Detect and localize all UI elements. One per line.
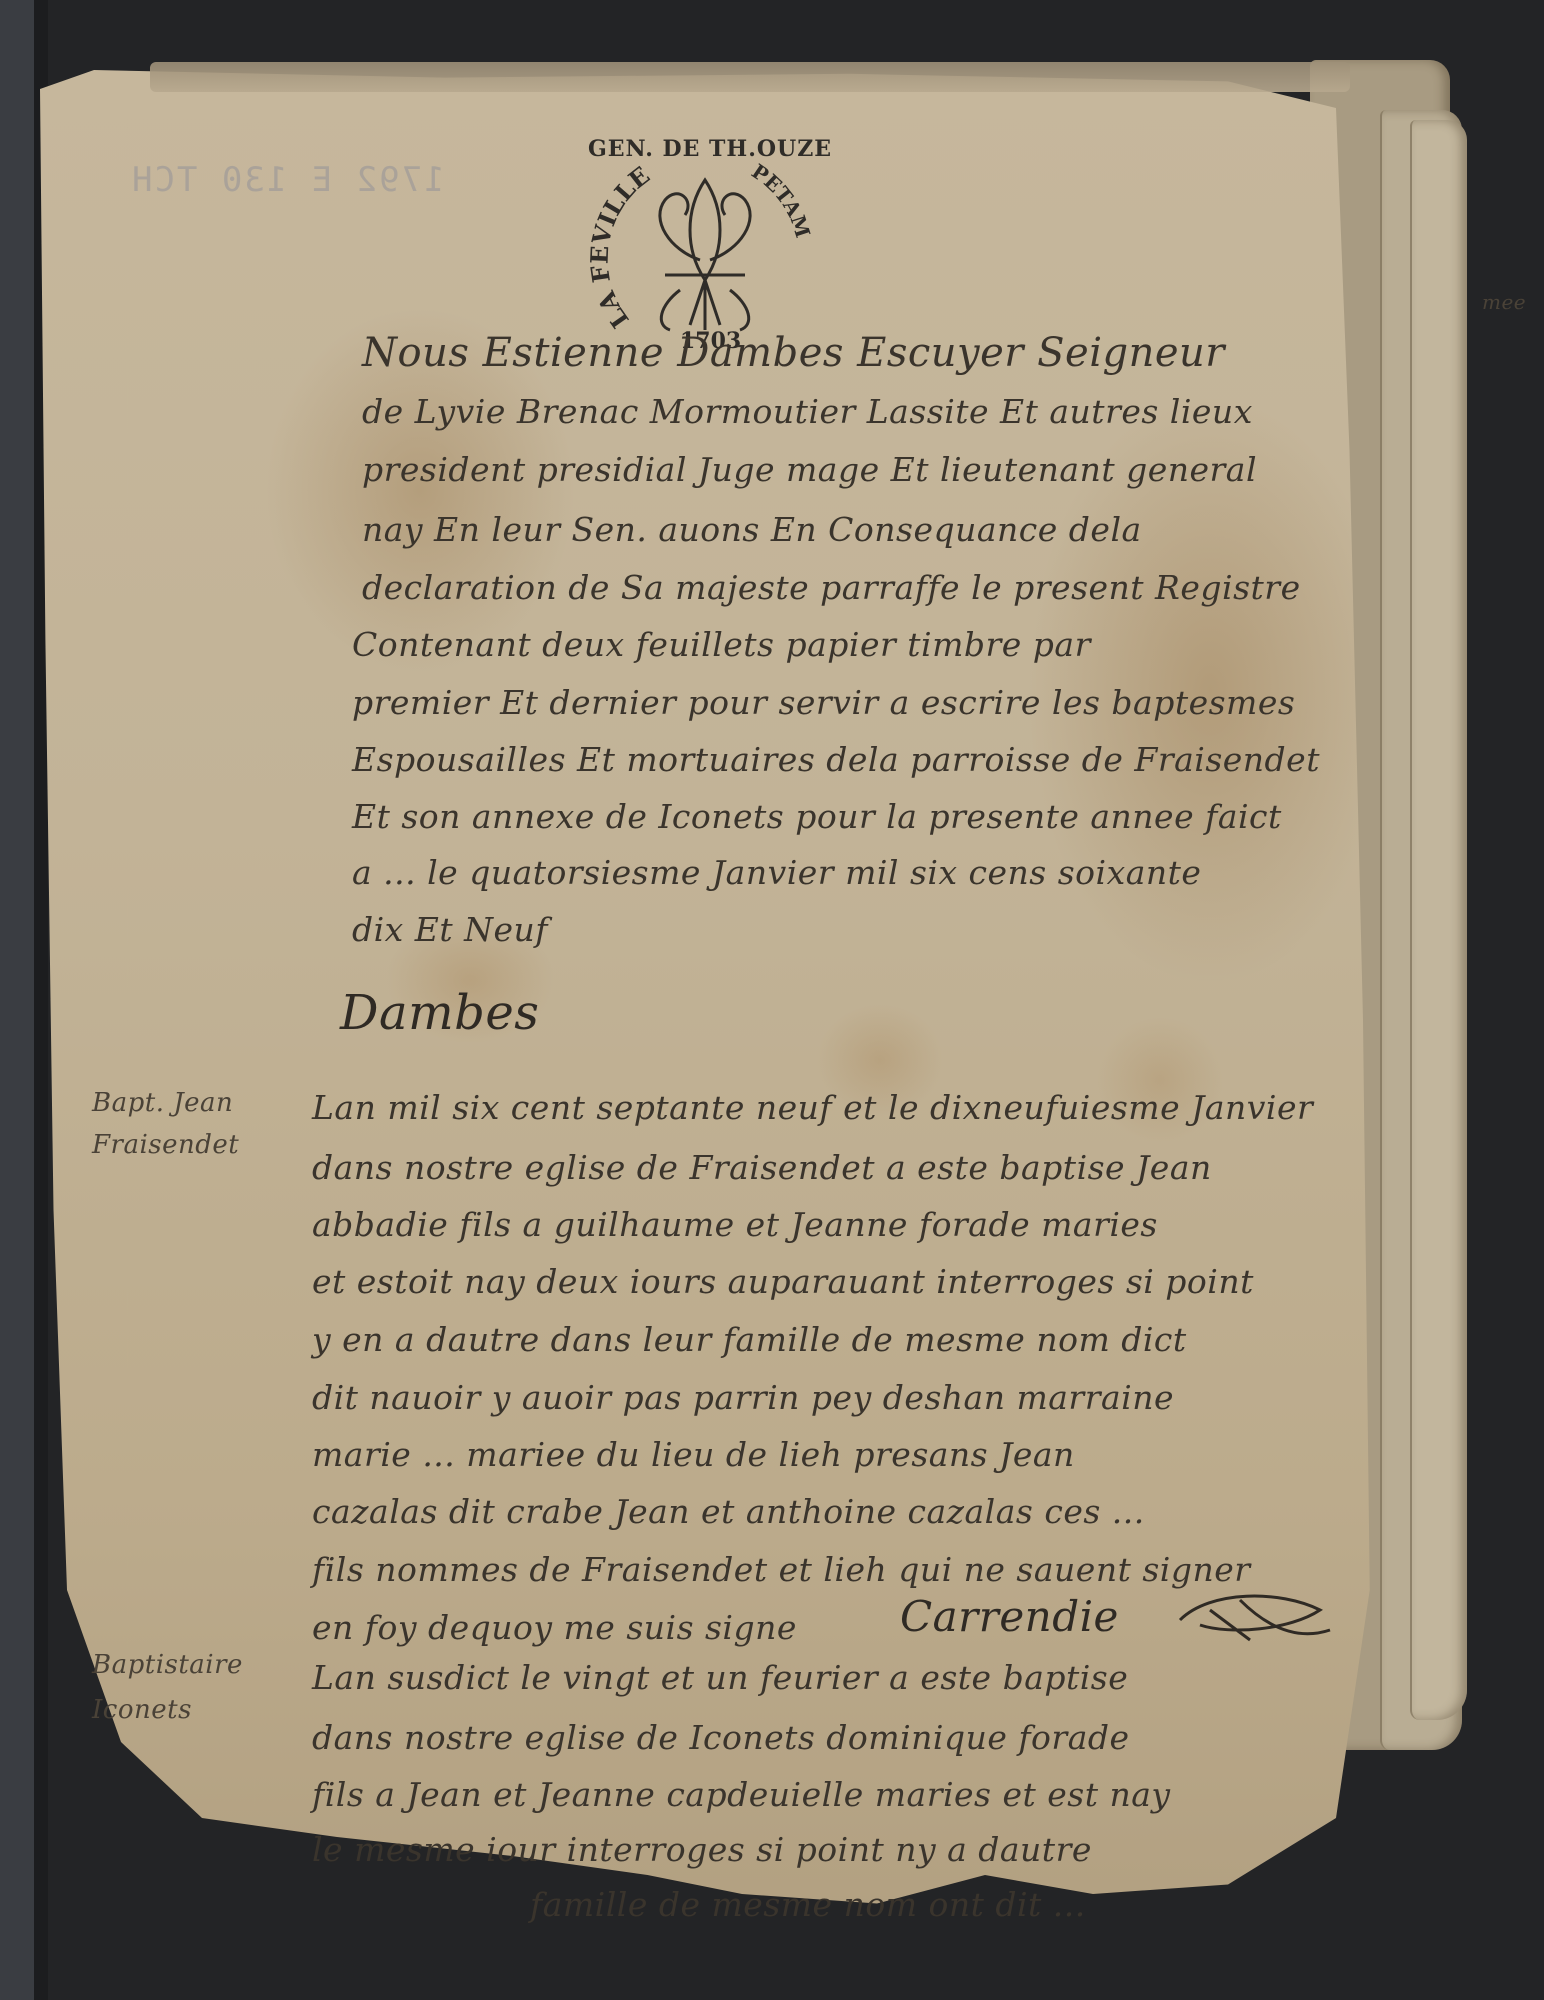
entry-line: cazalas dit crabe Jean et anthoine cazal… [312, 1492, 1145, 1531]
preamble-line: declaration de Sa majeste parraffe le pr… [362, 568, 1301, 607]
entry-line: le mesme iour interroges si point ny a d… [312, 1830, 1092, 1869]
stamp-left-arc-text: LA FEVILLE [585, 160, 656, 333]
preamble-line: president presidial Juge mage Et lieuten… [362, 450, 1257, 489]
stamp-right-arc-text: PETAM [747, 159, 815, 241]
entry-margin-note: Baptistaire [92, 1650, 243, 1680]
entry-line: fils a Jean et Jeanne capdeuielle maries… [312, 1775, 1171, 1814]
entry-line: abbadie fils a guilhaume et Jeanne forad… [312, 1205, 1158, 1244]
signature-flourish-icon [1170, 1580, 1340, 1670]
entry-margin-note: Bapt. Jean [92, 1088, 233, 1118]
preamble-line: de Lyvie Brenac Mormoutier Lassite Et au… [362, 392, 1253, 431]
preamble-line: Contenant deux feuillets papier timbre p… [352, 625, 1091, 664]
entry-line: dit nauoir y auoir pas parrin pey deshan… [312, 1378, 1174, 1417]
entry-line: Lan mil six cent septante neuf et le dix… [312, 1088, 1313, 1127]
entry-line: y en a dautre dans leur famille de mesme… [312, 1320, 1187, 1359]
preamble-line: Et son annexe de Iconets pour la present… [352, 797, 1282, 836]
entry-line: famille de mesme nom ont dit ... [530, 1885, 1086, 1924]
tax-stamp: GEN. DE TH.OUZE LA FEVILLE PETAM 1703 [560, 130, 850, 350]
entry-line: dans nostre eglise de Fraisendet a este … [312, 1148, 1212, 1187]
entry-margin-note: Iconets [92, 1695, 192, 1725]
preamble-line: premier Et dernier pour servir a escrire… [352, 683, 1295, 722]
svg-text:LA FEVILLE: LA FEVILLE [585, 160, 656, 333]
torn-top-edge [150, 62, 1350, 92]
preamble-signature: Dambes [340, 985, 539, 1041]
entry-margin-note: Fraisendet [92, 1130, 239, 1160]
fleur-de-lis-icon: LA FEVILLE PETAM 1703 [560, 130, 850, 360]
faded-archive-mark: 1792 E 130 TCH [130, 160, 445, 200]
preamble-line: dix Et Neuf [352, 910, 548, 949]
entry-signature: Carrendie [900, 1592, 1119, 1641]
entry-line: marie ... mariee du lieu de lieh presans… [312, 1435, 1075, 1474]
page-edge-note: mee [1482, 290, 1526, 314]
preamble-line: Nous Estienne Dambes Escuyer Seigneur [362, 330, 1225, 376]
entry-line: dans nostre eglise de Iconets dominique … [312, 1718, 1130, 1757]
preamble-line: a ... le quatorsiesme Janvier mil six ce… [352, 853, 1201, 892]
entry-line: et estoit nay deux iours auparauant inte… [312, 1262, 1254, 1301]
archive-frame-left [0, 0, 34, 2000]
entry-line: fils nommes de Fraisendet et lieh qui ne… [312, 1550, 1251, 1589]
entry-line: en foy dequoy me suis signe [312, 1608, 797, 1647]
page-stack-front-edge [1410, 120, 1467, 1720]
svg-text:PETAM: PETAM [747, 159, 815, 241]
preamble-line: nay En leur Sen. auons En Consequance de… [362, 510, 1142, 549]
entry-line: Lan susdict le vingt et un feurier a est… [312, 1658, 1128, 1697]
preamble-line: Espousailles Et mortuaires dela parroiss… [352, 740, 1320, 779]
